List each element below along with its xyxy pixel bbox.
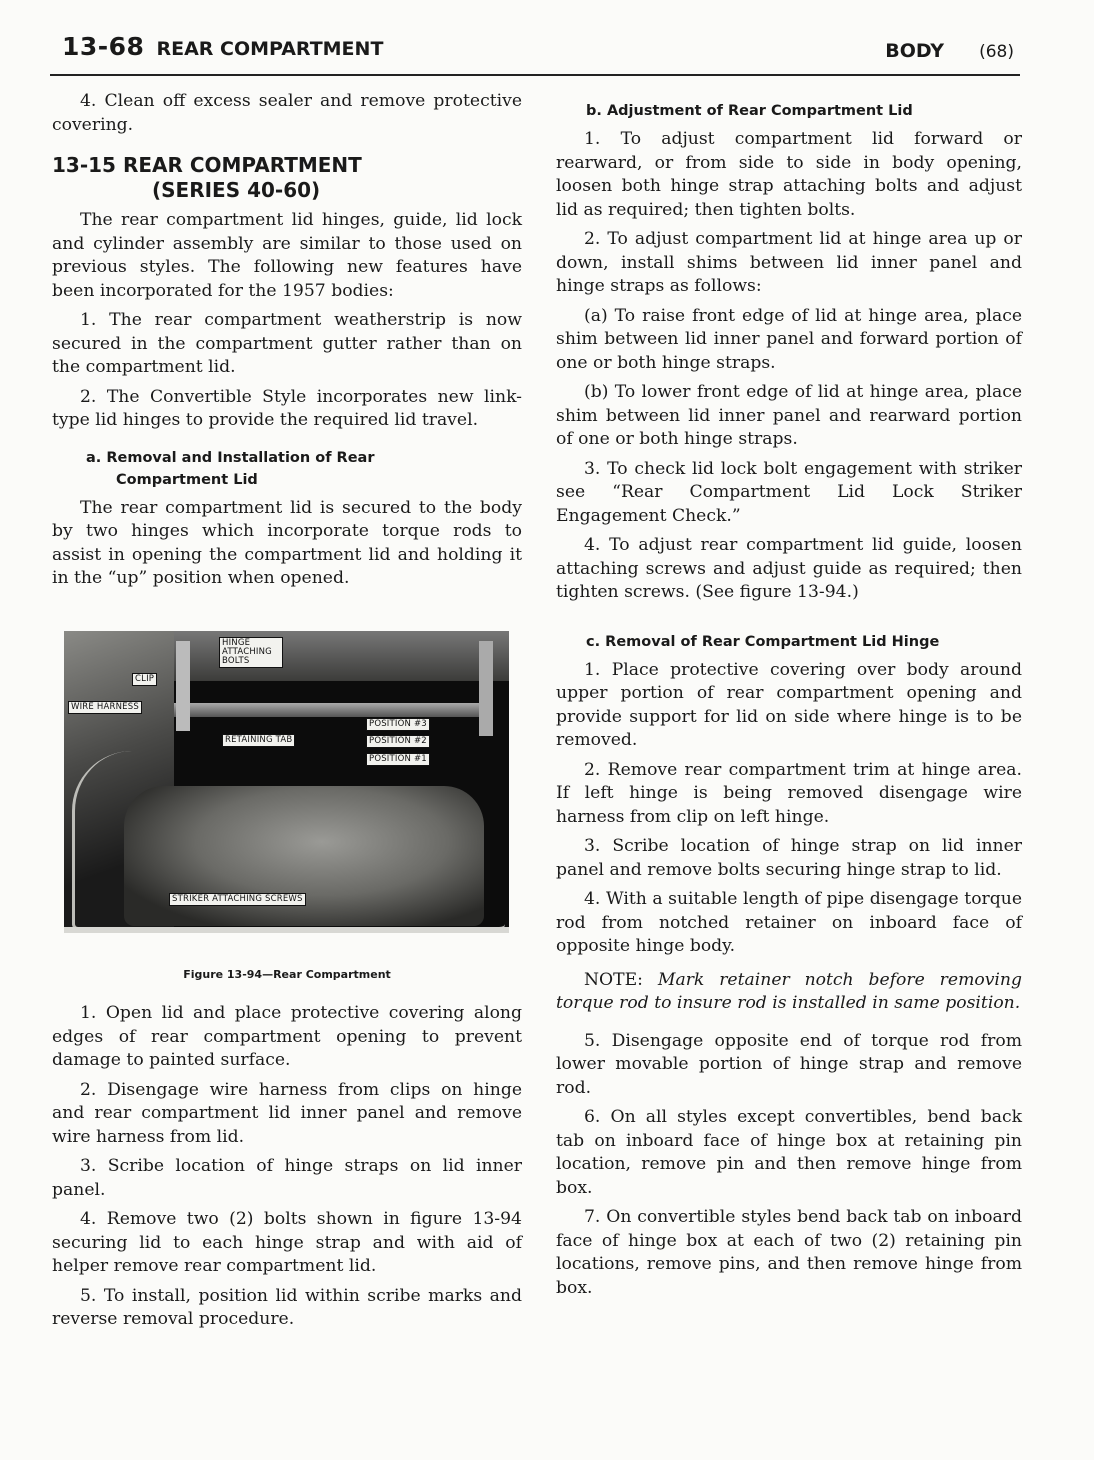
figure-caption: Figure 13-94—Rear Compartment <box>52 963 522 987</box>
section-heading: 13-15 REAR COMPARTMENT (SERIES 40-60) <box>52 153 522 203</box>
adjustment-step: 2. To adjust compartment lid at hinge ar… <box>556 228 1022 299</box>
subsection-b-heading: b. Adjustment of Rear Compartment Lid <box>586 100 1022 122</box>
subsection-label: b. <box>586 103 602 119</box>
running-title: REAR COMPARTMENT <box>156 38 383 60</box>
removal-step: 3. Scribe location of hinge straps on li… <box>52 1155 522 1202</box>
page-number: 13-68 <box>62 32 144 61</box>
figure-rear-compartment-photo: HINGE ATTACHING BOLTS CLIP WIRE HARNESS … <box>64 631 509 933</box>
section-subtitle: (SERIES 40-60) <box>52 178 522 203</box>
subsection-a-intro: The rear compartment lid is secured to t… <box>52 497 522 591</box>
left-column: 4. Clean off excess sealer and remove pr… <box>52 90 522 1338</box>
photo-right-hinge <box>479 641 493 736</box>
section-title: REAR COMPARTMENT <box>123 153 362 177</box>
intro-step: 4. Clean off excess sealer and remove pr… <box>52 90 522 137</box>
header-right: BODY (68) <box>885 40 1014 62</box>
callout-wire-harness: WIRE HARNESS <box>68 701 142 714</box>
subsection-title-cont: Compartment Lid <box>86 469 522 491</box>
subsection-title: Removal and Installation of Rear <box>106 450 374 466</box>
chapter-label: BODY <box>885 40 944 62</box>
callout-clip: CLIP <box>132 673 157 686</box>
adjustment-substep: (b) To lower front edge of lid at hinge … <box>556 381 1022 452</box>
header-left: 13-68REAR COMPARTMENT <box>62 32 383 61</box>
photo-bottom-edge <box>64 927 509 933</box>
subsection-title: Adjustment of Rear Compartment Lid <box>607 103 913 119</box>
adjustment-step: 4. To adjust rear compartment lid guide,… <box>556 534 1022 605</box>
right-column: b. Adjustment of Rear Compartment Lid 1.… <box>556 96 1022 1306</box>
subsection-a-heading: a. Removal and Installation of Rear Comp… <box>86 447 522 491</box>
page-reference: (68) <box>979 42 1014 62</box>
note-paragraph: NOTE: Mark retainer notch before removin… <box>556 969 1022 1016</box>
adjustment-step: 1. To adjust compartment lid forward or … <box>556 128 1022 222</box>
hinge-removal-step: 2. Remove rear compartment trim at hinge… <box>556 759 1022 830</box>
photo-left-hinge <box>176 641 190 731</box>
callout-position-1: POSITION #1 <box>366 753 430 766</box>
section-paragraph: 2. The Convertible Style incorporates ne… <box>52 386 522 433</box>
photo-torque-rod <box>174 703 484 717</box>
removal-step: 4. Remove two (2) bolts shown in figure … <box>52 1208 522 1279</box>
subsection-c-heading: c. Removal of Rear Compartment Lid Hinge <box>586 631 1022 653</box>
adjustment-step: 3. To check lid lock bolt engagement wit… <box>556 458 1022 529</box>
section-paragraph: The rear compartment lid hinges, guide, … <box>52 209 522 303</box>
callout-retaining-tab: RETAINING TAB <box>222 734 295 747</box>
removal-step: 5. To install, position lid within scrib… <box>52 1285 522 1332</box>
note-label: NOTE: <box>584 970 643 990</box>
hinge-removal-step: 1. Place protective covering over body a… <box>556 659 1022 753</box>
callout-position-2: POSITION #2 <box>366 735 430 748</box>
callout-striker-screws: STRIKER ATTACHING SCREWS <box>169 893 306 906</box>
subsection-title: Removal of Rear Compartment Lid Hinge <box>605 634 939 650</box>
hinge-removal-step: 5. Disengage opposite end of torque rod … <box>556 1030 1022 1101</box>
hinge-removal-step: 4. With a suitable length of pipe diseng… <box>556 888 1022 959</box>
callout-hinge-bolts: HINGE ATTACHING BOLTS <box>219 637 283 668</box>
section-number: 13-15 <box>52 153 116 177</box>
page-header: 13-68REAR COMPARTMENT BODY (68) <box>50 30 1020 76</box>
hinge-removal-step: 3. Scribe location of hinge strap on lid… <box>556 835 1022 882</box>
adjustment-substep: (a) To raise front edge of lid at hinge … <box>556 305 1022 376</box>
removal-step: 2. Disengage wire harness from clips on … <box>52 1079 522 1150</box>
hinge-removal-step: 7. On convertible styles bend back tab o… <box>556 1206 1022 1300</box>
section-paragraph: 1. The rear compartment weatherstrip is … <box>52 309 522 380</box>
subsection-label: a. <box>86 450 101 466</box>
removal-step: 1. Open lid and place protective coverin… <box>52 1002 522 1073</box>
hinge-removal-step: 6. On all styles except convertibles, be… <box>556 1106 1022 1200</box>
callout-position-3: POSITION #3 <box>366 718 430 731</box>
subsection-label: c. <box>586 634 600 650</box>
manual-page: 13-68REAR COMPARTMENT BODY (68) 4. Clean… <box>0 0 1094 1460</box>
